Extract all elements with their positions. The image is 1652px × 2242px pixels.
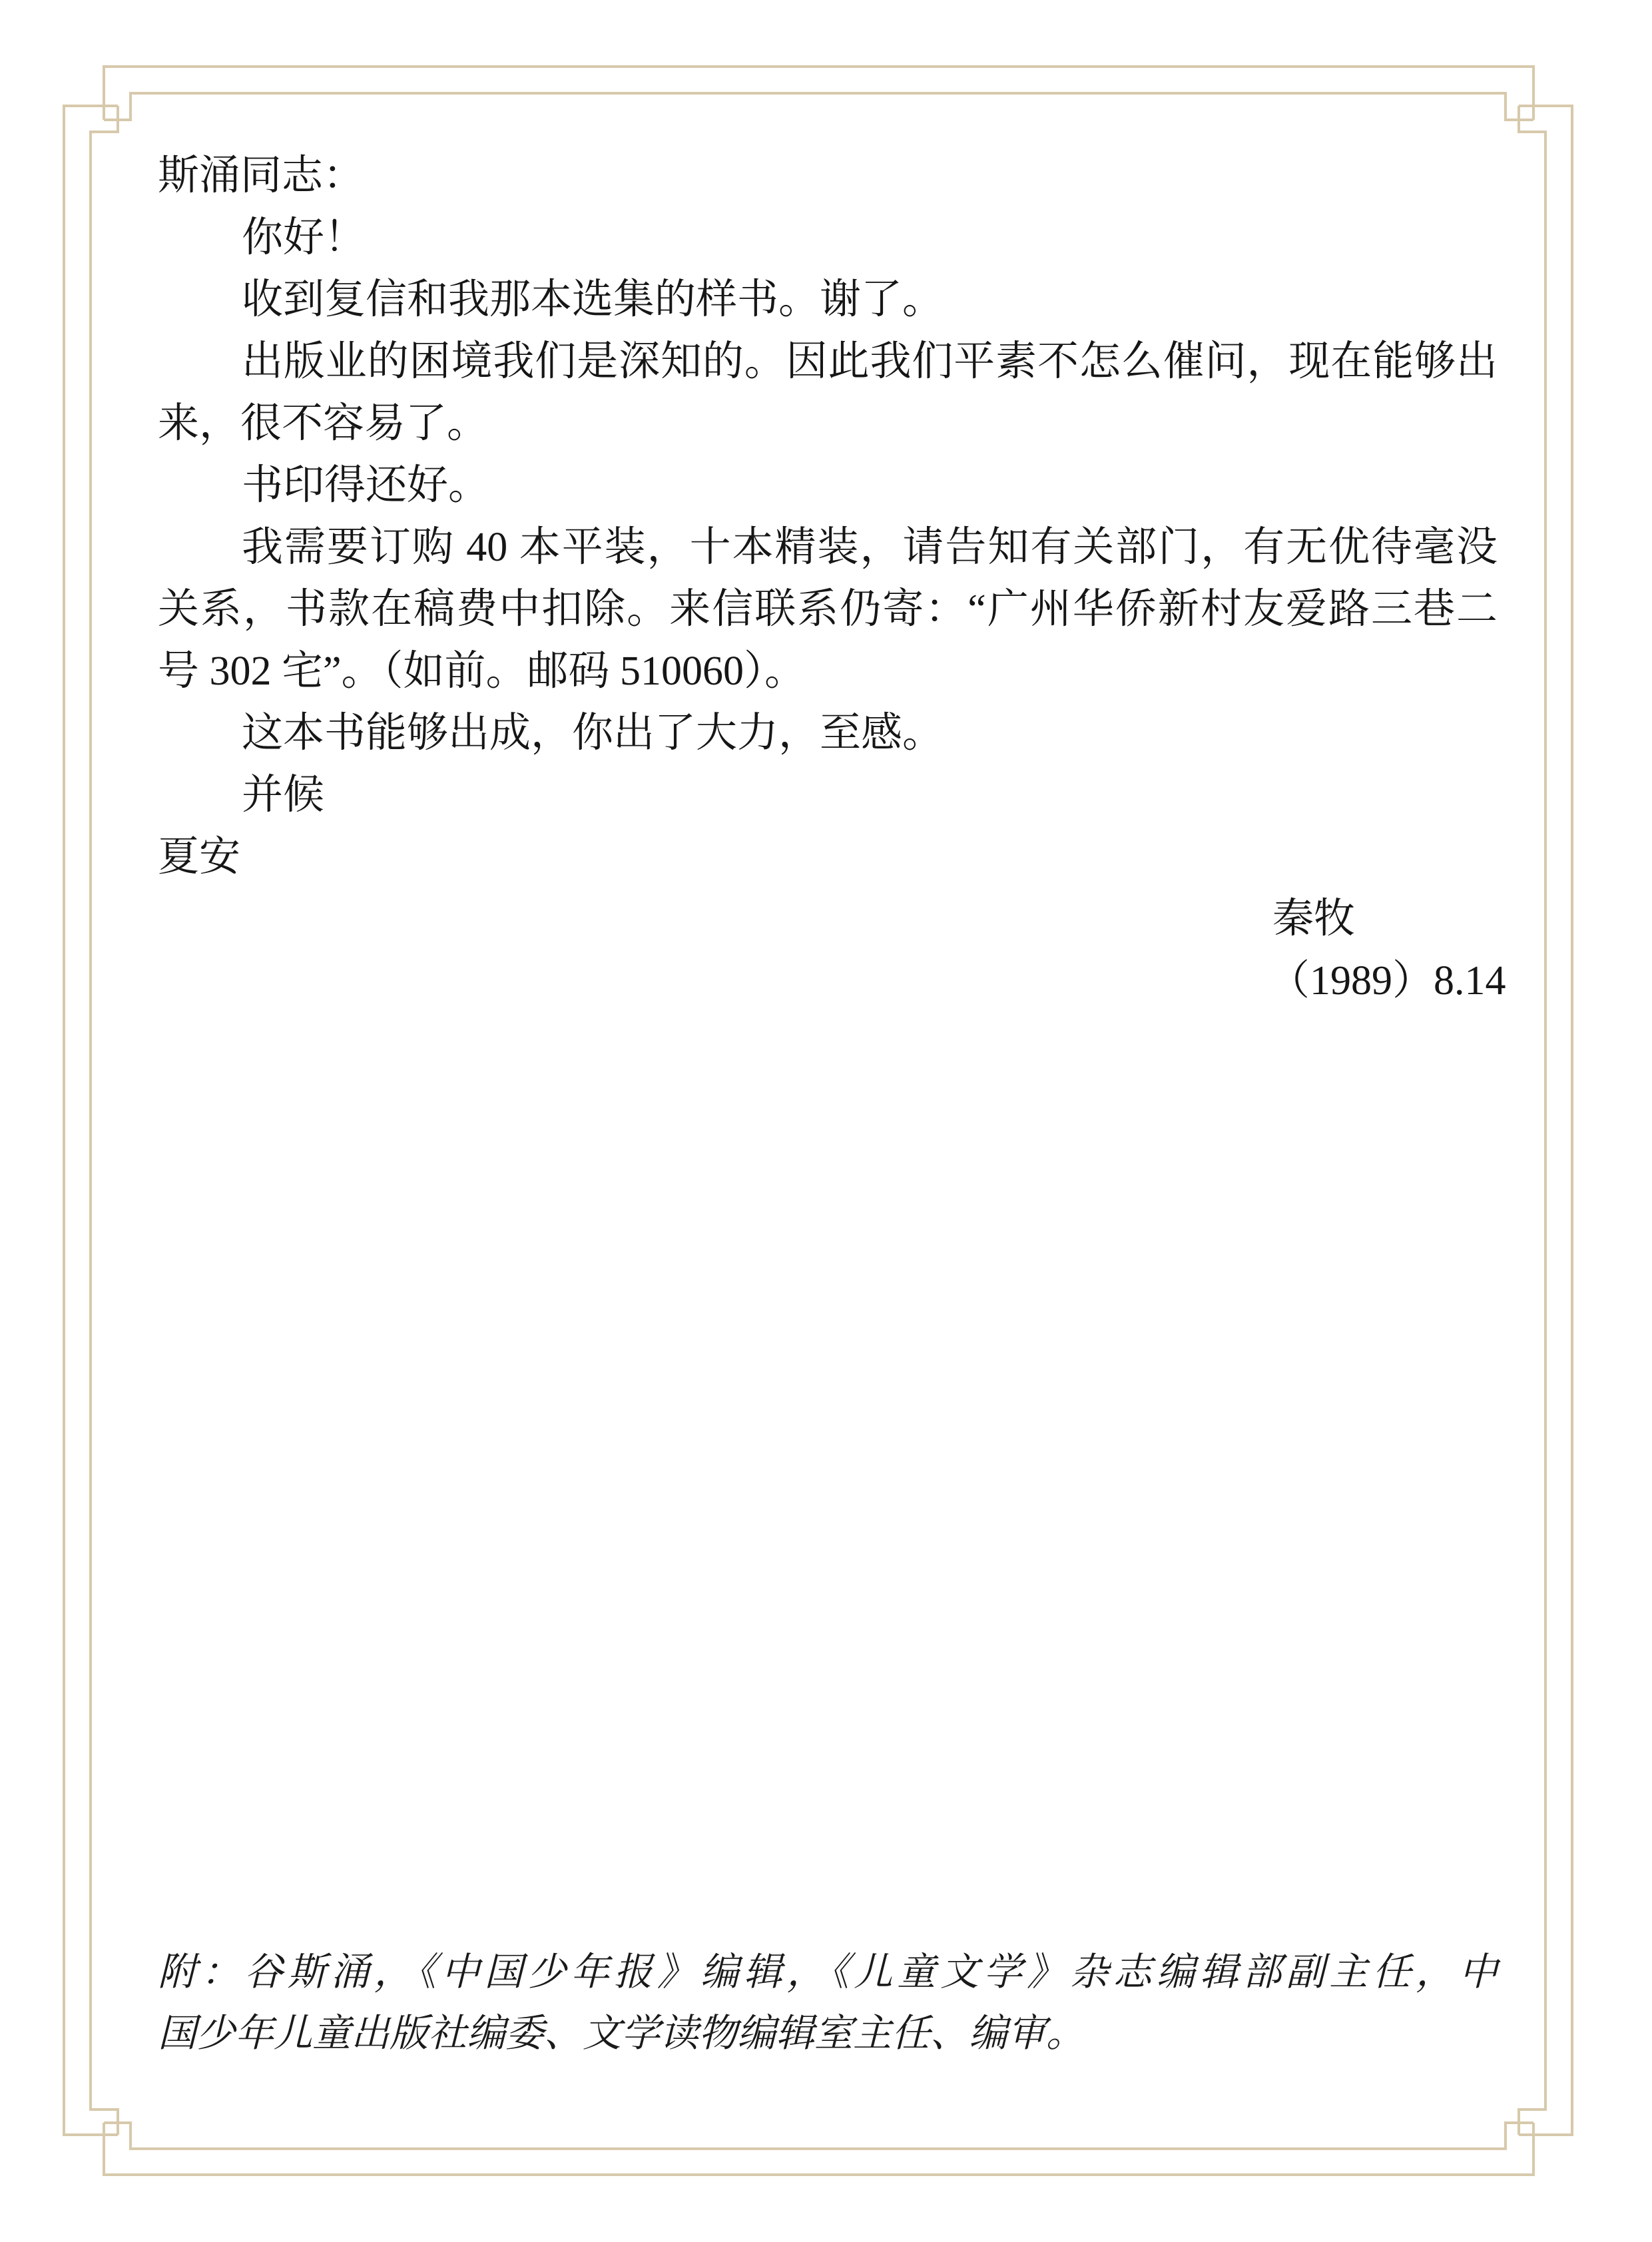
- closing-line: 并候: [158, 764, 1498, 826]
- closing-line: 夏安: [158, 826, 1498, 888]
- body-line: 号 302 宅”。（如前。邮码 510060）。: [158, 641, 1498, 702]
- border-bottom-inner-line: [104, 2123, 1533, 2149]
- border-left-inner-line: [91, 106, 118, 2135]
- body-line: 关系，书款在稿费中扣除。来信联系仍寄：“广州华侨新村友爱路三巷二: [158, 579, 1498, 641]
- body-line: 来，很不容易了。: [158, 393, 1498, 455]
- body-line: 出版业的困境我们是深知的。因此我们平素不怎么催问，现在能够出: [158, 331, 1498, 393]
- letter-body: 斯涌同志： 你好！ 收到复信和我那本选集的样书。谢了。 出版业的困境我们是深知的…: [158, 145, 1498, 1012]
- greeting-line: 你好！: [158, 207, 1498, 269]
- footnote-line: 国少年儿童出版社编委、文学读物编辑室主任、编审。: [158, 2003, 1498, 2064]
- letter-page: 斯涌同志： 你好！ 收到复信和我那本选集的样书。谢了。 出版业的困境我们是深知的…: [0, 0, 1652, 2242]
- signature-name: 秦牧: [158, 888, 1498, 950]
- salutation-line: 斯涌同志：: [158, 145, 1498, 207]
- body-line: 我需要订购 40 本平装，十本精装，请告知有关部门，有无优待毫没: [158, 517, 1498, 579]
- signature-date: （1989）8.14: [158, 950, 1498, 1012]
- border-top-inner-line: [104, 93, 1533, 120]
- footnote-line: 附：谷斯涌，《中国少年报》编辑，《儿童文学》杂志编辑部副主任，中: [158, 1942, 1498, 2003]
- border-right-inner-line: [1519, 106, 1545, 2135]
- body-line: 书印得还好。: [158, 455, 1498, 517]
- editor-footnote: 附：谷斯涌，《中国少年报》编辑，《儿童文学》杂志编辑部副主任，中 国少年儿童出版…: [158, 1942, 1498, 2064]
- body-line: 这本书能够出成，你出了大力，至感。: [158, 702, 1498, 764]
- body-line: 收到复信和我那本选集的样书。谢了。: [158, 269, 1498, 331]
